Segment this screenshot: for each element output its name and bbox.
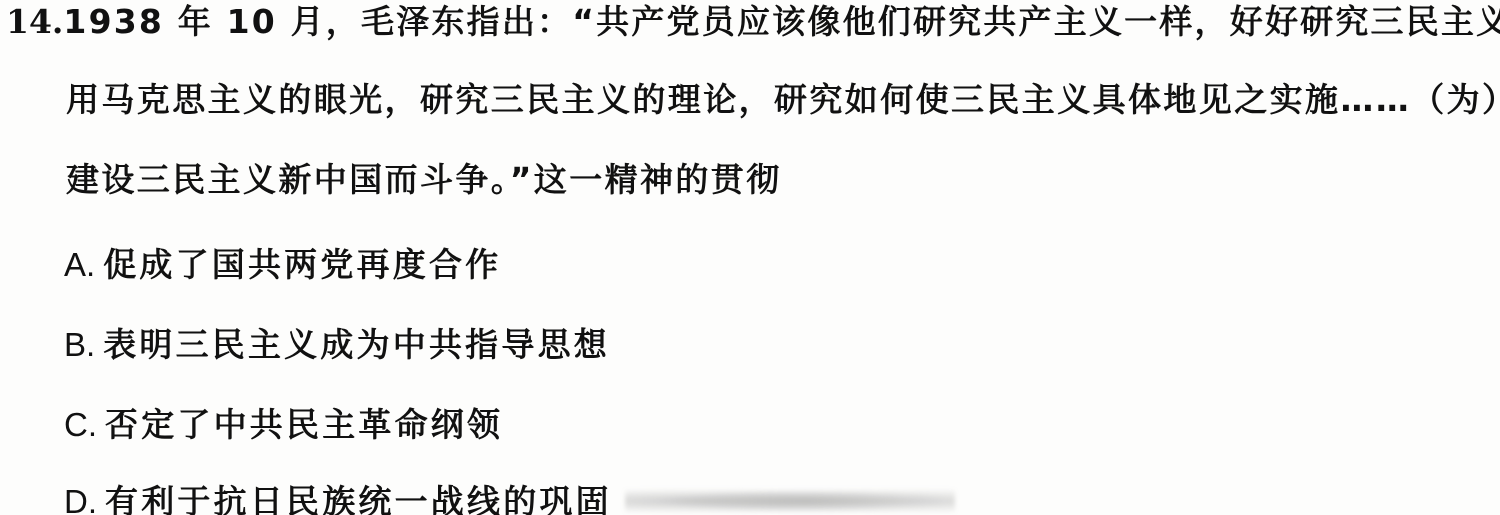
option-c-letter: C. <box>64 406 97 443</box>
question-number: 14. <box>6 2 63 41</box>
option-d-text: 有利于抗日民族统一战线的巩固 <box>105 482 612 515</box>
option-b-text: 表明三民主义成为中共指导思想 <box>103 325 610 364</box>
option-b-letter: B. <box>64 326 95 363</box>
question-stem-line-2: 用马克思主义的眼光，研究三民主义的理论，研究如何使三民主义具体地见之实施……（为… <box>66 80 1500 120</box>
stem-text-1: 1938 年 10 月，毛泽东指出：“共产党员应该像他们研究共产主义一样，好好研… <box>63 2 1500 41</box>
question-stem-line-3: 建设三民主义新中国而斗争。”这一精神的贯彻 <box>66 160 782 200</box>
option-b[interactable]: B.表明三民主义成为中共指导思想 <box>64 325 610 365</box>
option-a-letter: A. <box>64 246 95 283</box>
exam-page: 14.1938 年 10 月，毛泽东指出：“共产党员应该像他们研究共产主义一样，… <box>0 0 1500 515</box>
question-stem-line-1: 14.1938 年 10 月，毛泽东指出：“共产党员应该像他们研究共产主义一样，… <box>6 2 1500 42</box>
option-c-text: 否定了中共民主革命纲领 <box>105 405 503 444</box>
option-c[interactable]: C.否定了中共民主革命纲领 <box>64 405 503 445</box>
option-d-letter: D. <box>64 483 97 515</box>
option-d[interactable]: D.有利于抗日民族统一战线的巩固 <box>64 482 612 515</box>
blurred-watermark <box>625 486 955 515</box>
option-a-text: 促成了国共两党再度合作 <box>103 245 501 284</box>
option-a[interactable]: A.促成了国共两党再度合作 <box>64 245 501 285</box>
